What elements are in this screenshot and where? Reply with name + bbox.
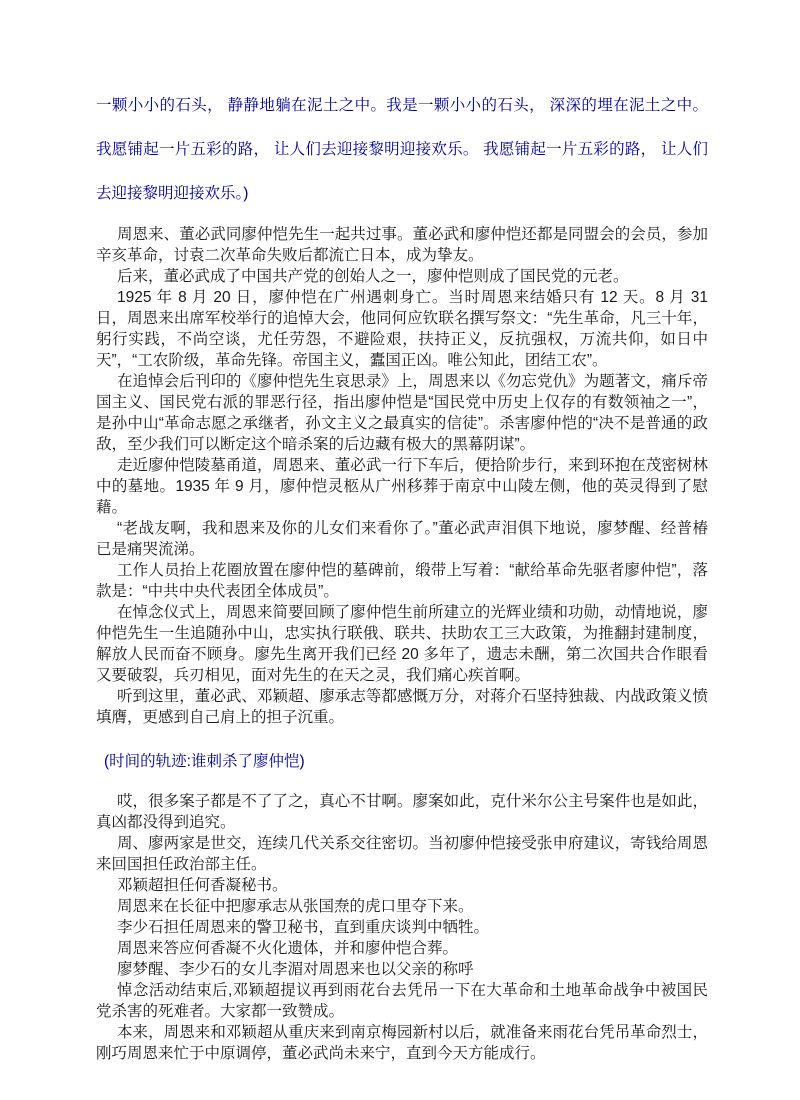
paragraph: 听到这里，董必武、邓颖超、廖承志等都感慨万分，对蒋介石坚持独裁、内战政策义愤填膺… (96, 686, 708, 728)
paragraph: 本来，周恩来和邓颖超从重庆来到南京梅园新村以后，就准备来雨花台凭吊革命烈士，刚巧… (96, 1022, 708, 1064)
paragraph: 邓颖超担任何香凝秘书。 (96, 875, 708, 896)
lyric-block: 一颗小小的石头， 静静地躺在泥土之中。我是一颗小小的石头， 深深的埋在泥土之中。… (96, 84, 708, 216)
paragraph: 周、廖两家是世交，连续几代关系交往密切。当初廖仲恺接受张申府建议，寄钱给周恩来回… (96, 833, 708, 875)
paragraph: 李少石担任周恩来的警卫秘书，直到重庆谈判中牺牲。 (96, 917, 708, 938)
paragraph: 周恩来答应何香凝不火化遗体，并和廖仲恺合葬。 (96, 938, 708, 959)
paragraph: 1925 年 8 月 20 日，廖仲恺在广州遇刺身亡。当时周恩来结婚只有 12 … (96, 287, 708, 371)
paragraph: 走近廖仲恺陵墓甬道，周恩来、董必武一行下车后，便拾阶步行，来到环抱在茂密树林中的… (96, 455, 708, 518)
paragraph: 哎，很多案子都是不了了之，真心不甘啊。廖案如此，克什米尔公主号案件也是如此，真凶… (96, 791, 708, 833)
paragraph: 在追悼会后刊印的《廖仲恺先生哀思录》上，周恩来以《勿忘党仇》为题著文，痛斥帝国主… (96, 371, 708, 455)
paragraph: 后来，董必武成了中国共产党的创始人之一，廖仲恺则成了国民党的元老。 (96, 266, 708, 287)
section-header: (时间的轨迹:谁刺杀了廖仲恺) (96, 751, 708, 772)
paragraph: 工作人员抬上花圈放置在廖仲恺的墓碑前，缎带上写着：“献给革命先驱者廖仲恺”，落款… (96, 560, 708, 602)
document-content: 一颗小小的石头， 静静地躺在泥土之中。我是一颗小小的石头， 深深的埋在泥土之中。… (96, 84, 708, 1064)
paragraph: 在悼念仪式上，周恩来简要回顾了廖仲恺生前所建立的光辉业绩和功勋，动情地说，廖仲恺… (96, 602, 708, 686)
paragraph: 悼念活动结束后,邓颖超提议再到雨花台去凭吊一下在大革命和土地革命战争中被国民党杀… (96, 980, 708, 1022)
document-page: 一颗小小的石头， 静静地躺在泥土之中。我是一颗小小的石头， 深深的埋在泥土之中。… (0, 0, 800, 1100)
paragraph: 周恩来在长征中把廖承志从张国焘的虎口里夺下来。 (96, 896, 708, 917)
paragraph: 廖梦醒、李少石的女儿李湄对周恩来也以父亲的称呼 (96, 959, 708, 980)
paragraph: “老战友啊，我和恩来及你的儿女们来看你了。”董必武声泪俱下地说，廖梦醒、经普椿已… (96, 518, 708, 560)
paragraph: 周恩来、董必武同廖仲恺先生一起共过事。董必武和廖仲恺还都是同盟会的会员，参加辛亥… (96, 224, 708, 266)
